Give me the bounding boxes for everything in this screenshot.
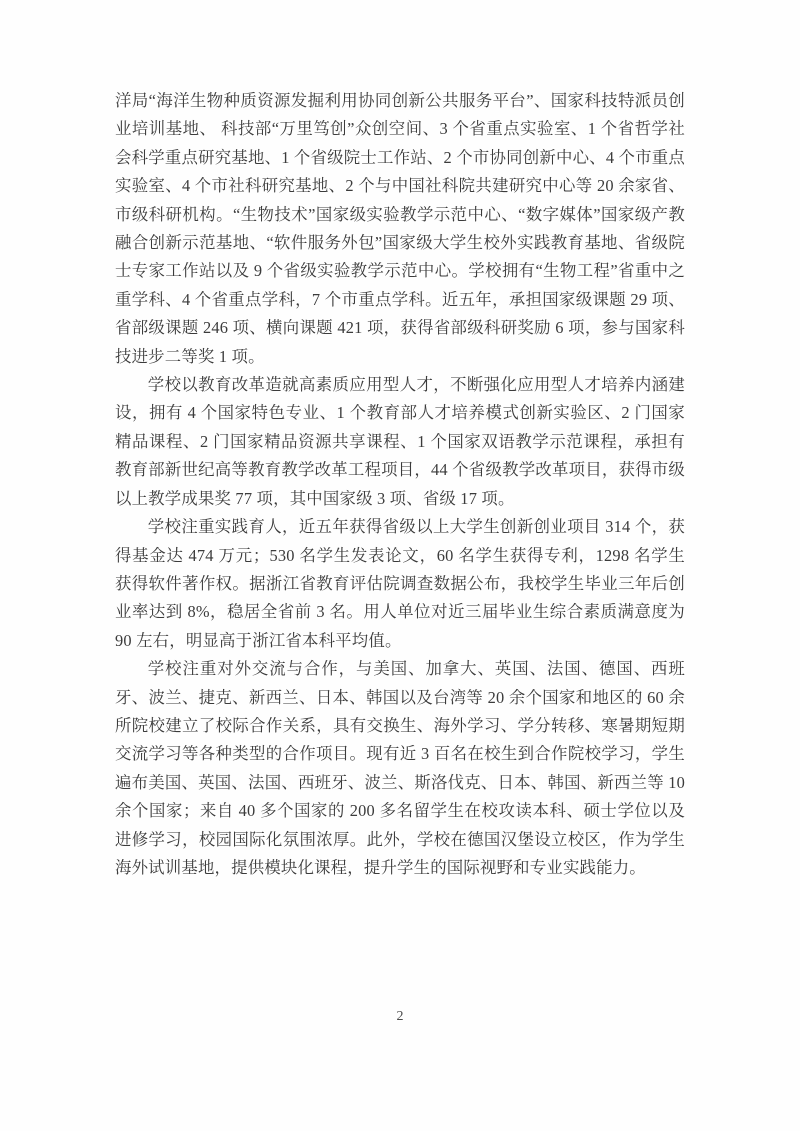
paragraph-continuation: 洋局“海洋生物种质资源发掘利用协同创新公共服务平台”、国家科技特派员创业培训基地… — [115, 87, 685, 371]
paragraph-international-exchange: 学校注重对外交流与合作，与美国、加拿大、英国、法国、德国、西班牙、波兰、捷克、新… — [115, 655, 685, 882]
document-body: 洋局“海洋生物种质资源发掘利用协同创新公共服务平台”、国家科技特派员创业培训基地… — [115, 87, 685, 882]
page-number: 2 — [0, 1009, 800, 1025]
paragraph-education-reform: 学校以教育改革造就高素质应用型人才，不断强化应用型人才培养内涵建设，拥有 4 个… — [115, 371, 685, 513]
paragraph-practice-education: 学校注重实践育人，近五年获得省级以上大学生创新创业项目 314 个，获得基金达 … — [115, 513, 685, 655]
document-page: 洋局“海洋生物种质资源发掘利用协同创新公共服务平台”、国家科技特派员创业培训基地… — [0, 0, 800, 1131]
